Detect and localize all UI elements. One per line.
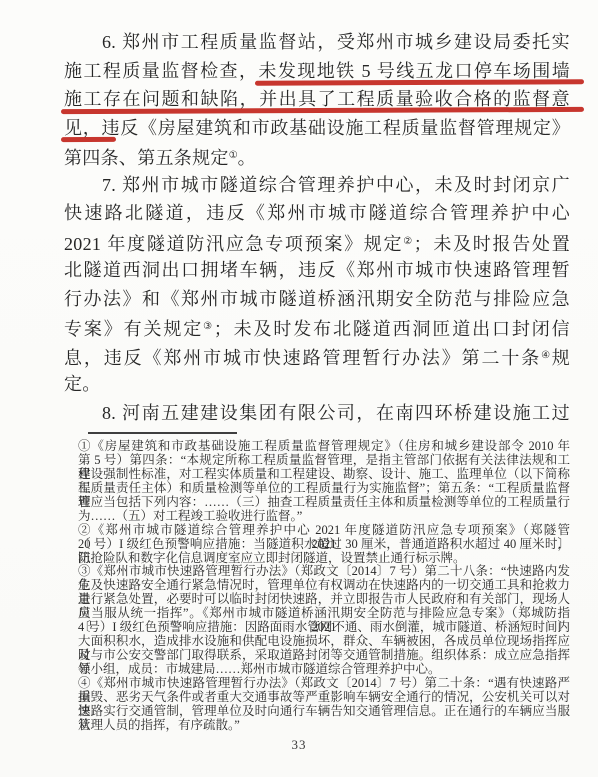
footnote-separator xyxy=(88,432,237,434)
footnote-line-footnote-1: 第 5 号）第四条：“本规定所称工程质量监督管理，是指主管部门依据有关法律法规和… xyxy=(78,454,570,468)
red-underlined-text: 施工存在问题和缺陷，并出具了工程质量验收合格的监督意 xyxy=(64,89,570,109)
text-segment: ；未及时报告处置 xyxy=(414,234,570,254)
text-segment: 北隧道西洞出口拥堵车辆，违反《郑州市城市快速路管理暂 xyxy=(64,260,570,280)
body-line-paragraph-6: 施工存在问题和缺陷，并出具了工程质量验收合格的监督意 xyxy=(64,85,570,114)
text-segment: 专案》有关规定 xyxy=(64,319,203,339)
footnote-line-footnote-1: 程质量责任主体）和质量检测等单位的工程质量行为实施监督”；第五条：“工程质量监督… xyxy=(78,482,570,496)
text-segment: ；未及时发布北隧道西洞匝道出口封闭信 xyxy=(214,319,570,339)
footnote-line-footnote-2: 20 号）I 级红色预警响应措施：当隧道积水超过 30 厘米，普通道路积水超过 … xyxy=(78,538,570,552)
footnote-ref-superscript: ① xyxy=(229,150,238,161)
text-segment: 2021 年度隧道防汛应急专项预案》规定 xyxy=(64,234,403,254)
footnotes: ①《房屋建筑和市政基础设施工程质量监督管理规定》（住房和城乡建设部令 2010 … xyxy=(78,440,570,733)
footnote-line-footnote-3: 大面积积水，造成排水设施和供配电设施损坏，群众、车辆被困，各成员单位现场指挥应及 xyxy=(78,635,570,649)
footnote-line-footnote-1: ①《房屋建筑和市政基础设施工程质量监督管理规定》（住房和城乡建设部令 2010 … xyxy=(78,440,570,454)
text-segment: 违反《房屋建筑和市政基础设施工程质量监督管理规定》 xyxy=(102,118,570,138)
body-line-paragraph-7: 专案》有关规定③；未及时发布北隧道西洞匝道出口封闭信 xyxy=(64,313,570,342)
text-segment: 4 号）I 级红色预警响应措施：因路面雨水管网不通、雨水倒灌，城市隧道、桥涵短时… xyxy=(78,620,570,634)
footnote-line-footnote-4: 速路实行交通管制，管理单位及时向通行车辆告知交通管理信息。正在通行的车辆应当服从 xyxy=(78,705,570,719)
text-segment: 第四条、第五条规定 xyxy=(64,148,229,168)
body-line-paragraph-7: 定。 xyxy=(64,370,570,399)
text-segment: 管理人员的指挥，有序疏散。” xyxy=(78,718,240,732)
text-segment: 理应当包括下列内容：……（三）抽查工程质量责任主体和质量检测等单位的工程质量行 xyxy=(78,495,570,509)
body-line-paragraph-7: 息，违反《郑州市城市快速路管理暂行办法》第二十条④规 xyxy=(64,342,570,371)
text-segment: 。 xyxy=(238,148,256,168)
footnote-line-footnote-2: ②《郑州市城市隧道综合管理养护中心 2021 年度隧道防汛应急专项预案》（郑隧管… xyxy=(78,524,570,538)
footnote-line-footnote-3: 时与市公安交警部门取得联系，采取道路封闭等交通管制措施。组织体系：成立应急指挥领 xyxy=(78,649,570,663)
text-segment: 6. 郑州市工程质量监督站，受郑州市城乡建设局委托实 xyxy=(102,32,570,52)
text-segment: 息，违反《郑州市城市快速路管理暂行办法》第二十条 xyxy=(64,348,541,368)
body-line-paragraph-6: 见，违反《房屋建筑和市政基础设施工程质量监督管理规定》 xyxy=(64,114,570,143)
red-underlined-text: 未发现地铁 5 号线五龙口停车场围墙 xyxy=(258,61,570,81)
footnote-ref-superscript: ④ xyxy=(541,350,552,361)
body-line-paragraph-7: 2021 年度隧道防汛应急专项预案》规定②；未及时报告处置 xyxy=(64,228,570,257)
footnote-line-footnote-4: ④《郑州市城市快速路管理暂行办法》（郑政文〔2014〕7 号）第二十条：“遇有快… xyxy=(78,677,570,691)
body-line-paragraph-7: 行办法》和《郑州市城市隧道桥涵汛期安全防范与排险应急 xyxy=(64,285,570,314)
text-segment: 8. 河南五建建设集团有限公司，在南四环桥建设施工过 xyxy=(102,403,570,423)
body-line-paragraph-6: 施工程质量监督检查，未发现地铁 5 号线五龙口停车场围墙 xyxy=(64,57,570,86)
body-text: 6. 郑州市工程质量监督站，受郑州市城乡建设局委托实施工程质量监督检查，未发现地… xyxy=(64,28,570,427)
body-line-paragraph-7: 快速路北隧道，违反《郑州市城市隧道综合管理养护中心 xyxy=(64,199,570,228)
body-line-paragraph-7: 北隧道西洞出口拥堵车辆，违反《郑州市城市快速路管理暂 xyxy=(64,256,570,285)
footnote-line-footnote-4: 损毁、恶劣天气条件或者重大交通事故等严重影响车辆安全通行的情况，公安机关可以对快 xyxy=(78,691,570,705)
footnote-line-footnote-1: 理应当包括下列内容：……（三）抽查工程质量责任主体和质量检测等单位的工程质量行 xyxy=(78,496,570,510)
footnote-line-footnote-1: 为……（五）对工程竣工验收进行监督。” xyxy=(78,510,570,524)
footnote-line-footnote-3: 导小组，成员：市城建局……郑州市城市隧道综合管理养护中心。 xyxy=(78,663,570,677)
body-line-paragraph-6: 第四条、第五条规定①。 xyxy=(64,142,570,171)
text-segment: 为……（五）对工程竣工验收进行监督。” xyxy=(78,509,302,523)
text-segment: 行办法》和《郑州市城市隧道桥涵汛期安全防范与排险应急 xyxy=(64,289,570,309)
text-segment: 快速路北隧道，违反《郑州市城市隧道综合管理养护中心 xyxy=(64,203,570,223)
text-segment: 导小组，成员：市城建局……郑州市城市隧道综合管理养护中心。 xyxy=(78,662,441,676)
document-page: 6. 郑州市工程质量监督站，受郑州市城乡建设局委托实施工程质量监督检查，未发现地… xyxy=(0,0,598,777)
text-segment: ①《房屋建筑和市政基础设施工程质量监督管理规定》（住房和城乡建设部令 2010 … xyxy=(78,439,570,453)
footnote-ref-superscript: ② xyxy=(403,236,413,247)
text-segment: 施工程质量监督检查， xyxy=(64,61,258,81)
footnote-ref-superscript: ③ xyxy=(203,321,214,332)
text-segment: 规 xyxy=(552,348,570,368)
footnote-line-footnote-1: 建设强制性标准，对工程实体质量和工程建设、勘察、设计、施工、监理单位（以下简称工 xyxy=(78,468,570,482)
body-line-paragraph-6: 6. 郑州市工程质量监督站，受郑州市城乡建设局委托实 xyxy=(64,28,570,57)
body-line-paragraph-7: 7. 郑州市城市隧道综合管理养护中心，未及时封闭京广 xyxy=(64,171,570,200)
page-number: 33 xyxy=(0,737,598,753)
body-line-paragraph-8: 8. 河南五建建设集团有限公司，在南四环桥建设施工过 xyxy=(64,399,570,428)
text-segment: 7. 郑州市城市隧道综合管理养护中心，未及时封闭京广 xyxy=(102,175,570,195)
red-underlined-text: 见， xyxy=(64,118,102,138)
text-segment: 汛抢险队和数字化信息调度室应立即封闭隧道，设置禁止通行标示牌。 xyxy=(78,551,466,565)
footnote-line-footnote-4: 管理人员的指挥，有序疏散。” xyxy=(78,719,570,733)
text-segment: 定。 xyxy=(64,374,101,394)
